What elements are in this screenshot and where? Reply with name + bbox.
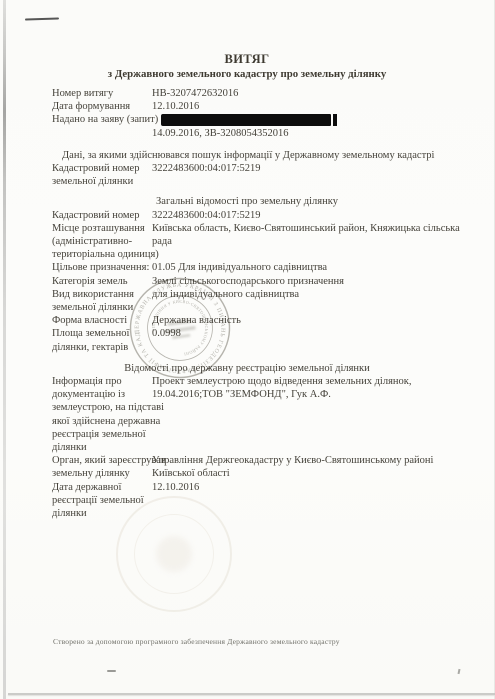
kv-label: Інформація про документацію із землеустр… (52, 375, 166, 454)
header-fields: Номер витягу НВ-3207472632016 Дата форму… (52, 87, 468, 140)
kv-value: 0.0998 (152, 327, 468, 340)
section-heading-general: Загальні відомості про земельну ділянку (26, 195, 468, 208)
field-row-extract-number: Номер витягу НВ-3207472632016 (52, 87, 468, 100)
kv-row-registering-authority: Орган, який зареєстрував земельну ділянк… (52, 454, 468, 480)
field-label: Надано на заяву (запит) (52, 113, 158, 126)
kv-label: Цільове призначення: (52, 261, 166, 274)
section-heading-search: Дані, за якими здійснювався пошук інформ… (52, 149, 468, 162)
kv-label: Місце розташування (адміністративно-тери… (52, 222, 166, 262)
kv-value: Управління Держгеокадастру у Києво-Свято… (152, 454, 468, 480)
scan-edge-left (3, 0, 6, 699)
kv-value: 01.05 Для індивідуального садівництва (152, 261, 468, 274)
kv-value: для індивідуального садівництва (152, 288, 468, 301)
kv-value: Київська область, Києво-Святошинський ра… (152, 222, 468, 248)
field-row-formation-date: Дата формування 12.10.2016 (52, 100, 468, 113)
kv-row-purpose: Цільове призначення: 01.05 Для індивідуа… (52, 261, 468, 274)
kv-row-location: Місце розташування (адміністративно-тери… (52, 222, 468, 262)
scan-edge-bottom (8, 693, 495, 695)
field-row-request-date: 14.09.2016, ЗВ-3208054352016 (52, 127, 468, 140)
field-value: 12.10.2016 (152, 100, 468, 113)
field-label: Номер витягу (52, 87, 166, 100)
redaction-bar (161, 114, 331, 126)
field-value: 14.09.2016, ЗВ-3208054352016 (152, 127, 468, 140)
field-label: Дата формування (52, 100, 166, 113)
kv-row-documentation: Інформація про документацію із землеустр… (52, 375, 468, 454)
document-title: ВИТЯГ (26, 52, 468, 67)
kv-row-area: Площа земельної ділянки, гектарів 0.0998 (52, 327, 468, 353)
kv-row-land-category: Категорія земель Землі сільськогосподарс… (52, 275, 468, 288)
kv-row-use-type: Вид використання земельної ділянки для і… (52, 288, 468, 314)
kv-row-registration-date: Дата державної реєстрації земельної діля… (52, 481, 468, 521)
document-subtitle: з Державного земельного кадастру про зем… (26, 67, 468, 81)
kv-label: Категорія земель (52, 275, 166, 288)
field-value: НВ-3207472632016 (152, 87, 468, 100)
kv-value: 3222483600:04:017:5219 (152, 162, 468, 175)
kv-label: Форма власності (52, 314, 166, 327)
kv-row-cadastral-number: Кадастровий номер 3222483600:04:017:5219 (52, 209, 468, 222)
kv-label: Вид використання земельної ділянки (52, 288, 166, 314)
kv-value: Проект землеустрою щодо відведення земел… (152, 375, 468, 401)
redaction-bar-cap (333, 114, 337, 126)
scanned-document-page: { "document": { "title": "ВИТЯГ", "subti… (0, 0, 495, 699)
kv-label: Кадастровий номер (52, 209, 166, 222)
kv-value: Землі сільськогосподарського призначення (152, 275, 468, 288)
kv-label: Кадастровий номер земельної ділянки (52, 162, 166, 188)
document-content: ВИТЯГ з Державного земельного кадастру п… (52, 52, 468, 520)
kv-label: Дата державної реєстрації земельної діля… (52, 481, 166, 521)
kv-row-cadastral-search: Кадастровий номер земельної ділянки 3222… (52, 162, 468, 188)
section-heading-registration: Відомості про державну реєстрацію земель… (26, 362, 468, 375)
field-row-request: Надано на заяву (запит) (52, 113, 468, 126)
kv-row-ownership: Форма власності Державна власність (52, 314, 468, 327)
kv-label: Площа земельної ділянки, гектарів (52, 327, 166, 353)
scan-artifact-speck (107, 670, 116, 672)
kv-value: 3222483600:04:017:5219 (152, 209, 468, 222)
kv-value: 12.10.2016 (152, 481, 468, 494)
footer-note: Створено за допомогою програмного забезп… (53, 637, 340, 646)
kv-label: Орган, який зареєстрував земельну ділянк… (52, 454, 166, 480)
kv-value: Державна власність (152, 314, 468, 327)
